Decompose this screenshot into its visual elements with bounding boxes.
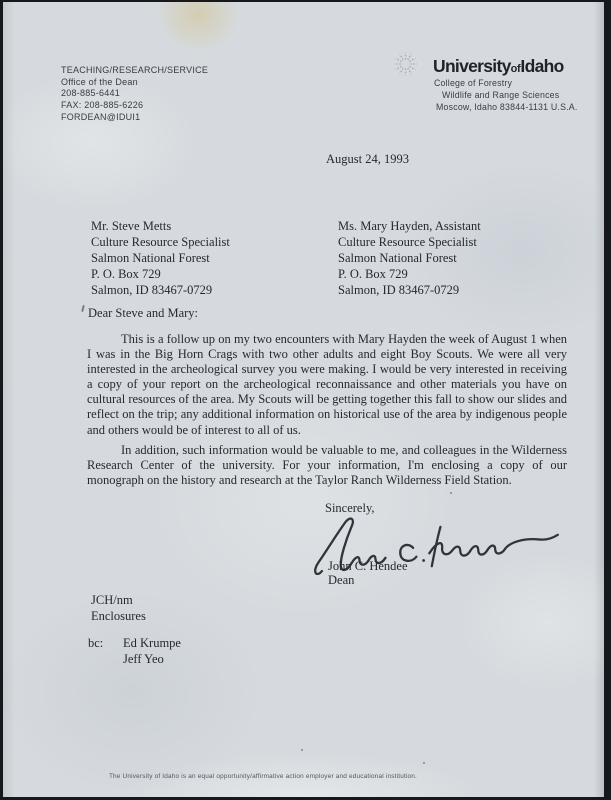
recipient-block-mary-hayden: Ms. Mary Hayden, Assistant Culture Resou… xyxy=(338,218,481,298)
body-paragraph-1: This is a follow up on my two encounters… xyxy=(87,332,567,438)
eeo-footer: The University of Idaho is an equal oppo… xyxy=(63,773,463,780)
bc-name: Jeff Yeo xyxy=(123,652,181,668)
letterhead-phone: 208-885-6441 xyxy=(61,88,208,100)
recipient-pobox: P. O. Box 729 xyxy=(338,266,481,282)
typist-initials: JCH/nm xyxy=(91,593,146,609)
scan-speck xyxy=(450,492,452,494)
letterhead-left: TEACHING/RESEARCH/SERVICE Office of the … xyxy=(61,65,208,124)
recipient-org: Salmon National Forest xyxy=(338,250,481,266)
scanned-letter: TEACHING/RESEARCH/SERVICE Office of the … xyxy=(0,0,611,800)
letterhead-department: Wildlife and Range Sciences xyxy=(442,90,559,100)
recipient-org: Salmon National Forest xyxy=(91,250,230,266)
scan-speck xyxy=(423,762,425,764)
recipient-name: Ms. Mary Hayden, Assistant xyxy=(338,218,481,234)
letterhead-college: College of Forestry xyxy=(434,78,512,88)
recipient-city: Salmon, ID 83467-0729 xyxy=(338,282,481,298)
bc-names: Ed Krumpe Jeff Yeo xyxy=(123,636,181,667)
sender-typed-name: John C. Hendee xyxy=(328,559,408,574)
enclosures-note: Enclosures xyxy=(91,609,146,625)
recipient-city: Salmon, ID 83467-0729 xyxy=(91,282,230,298)
scan-speck xyxy=(301,749,303,751)
pen-tick-mark xyxy=(81,305,85,312)
recipient-name: Mr. Steve Metts xyxy=(91,218,230,234)
reference-block: JCH/nm Enclosures xyxy=(91,593,146,624)
recipient-title: Culture Resource Specialist xyxy=(338,234,481,250)
letterhead-fax: FAX: 208-885-6226 xyxy=(61,100,208,112)
body-paragraph-2: In addition, such information would be v… xyxy=(87,443,567,488)
recipient-pobox: P. O. Box 729 xyxy=(91,266,230,282)
logo-word-of: of xyxy=(511,63,521,75)
letter-page: TEACHING/RESEARCH/SERVICE Office of the … xyxy=(3,2,604,797)
letterhead-address: Moscow, Idaho 83844-1131 U.S.A. xyxy=(436,102,578,112)
university-logo-wordmark: UniversityofIdaho xyxy=(433,56,564,77)
sender-title: Dean xyxy=(328,573,354,588)
blind-copy-block: bc: Ed Krumpe Jeff Yeo xyxy=(88,636,181,667)
letterhead-program: TEACHING/RESEARCH/SERVICE xyxy=(61,65,208,77)
bc-label: bc: xyxy=(88,636,123,667)
recipient-block-steve-metts: Mr. Steve Metts Culture Resource Special… xyxy=(91,218,230,298)
letter-date: August 24, 1993 xyxy=(326,152,409,167)
letterhead-email: FORDEAN@IDUI1 xyxy=(61,112,208,124)
salutation: Dear Steve and Mary: xyxy=(88,306,198,321)
logo-word-university: University xyxy=(433,56,511,76)
logo-word-idaho: Idaho xyxy=(520,56,563,76)
university-starburst-icon xyxy=(392,50,419,78)
recipient-title: Culture Resource Specialist xyxy=(91,234,230,250)
bc-name: Ed Krumpe xyxy=(123,636,181,652)
letterhead-office: Office of the Dean xyxy=(61,77,208,89)
